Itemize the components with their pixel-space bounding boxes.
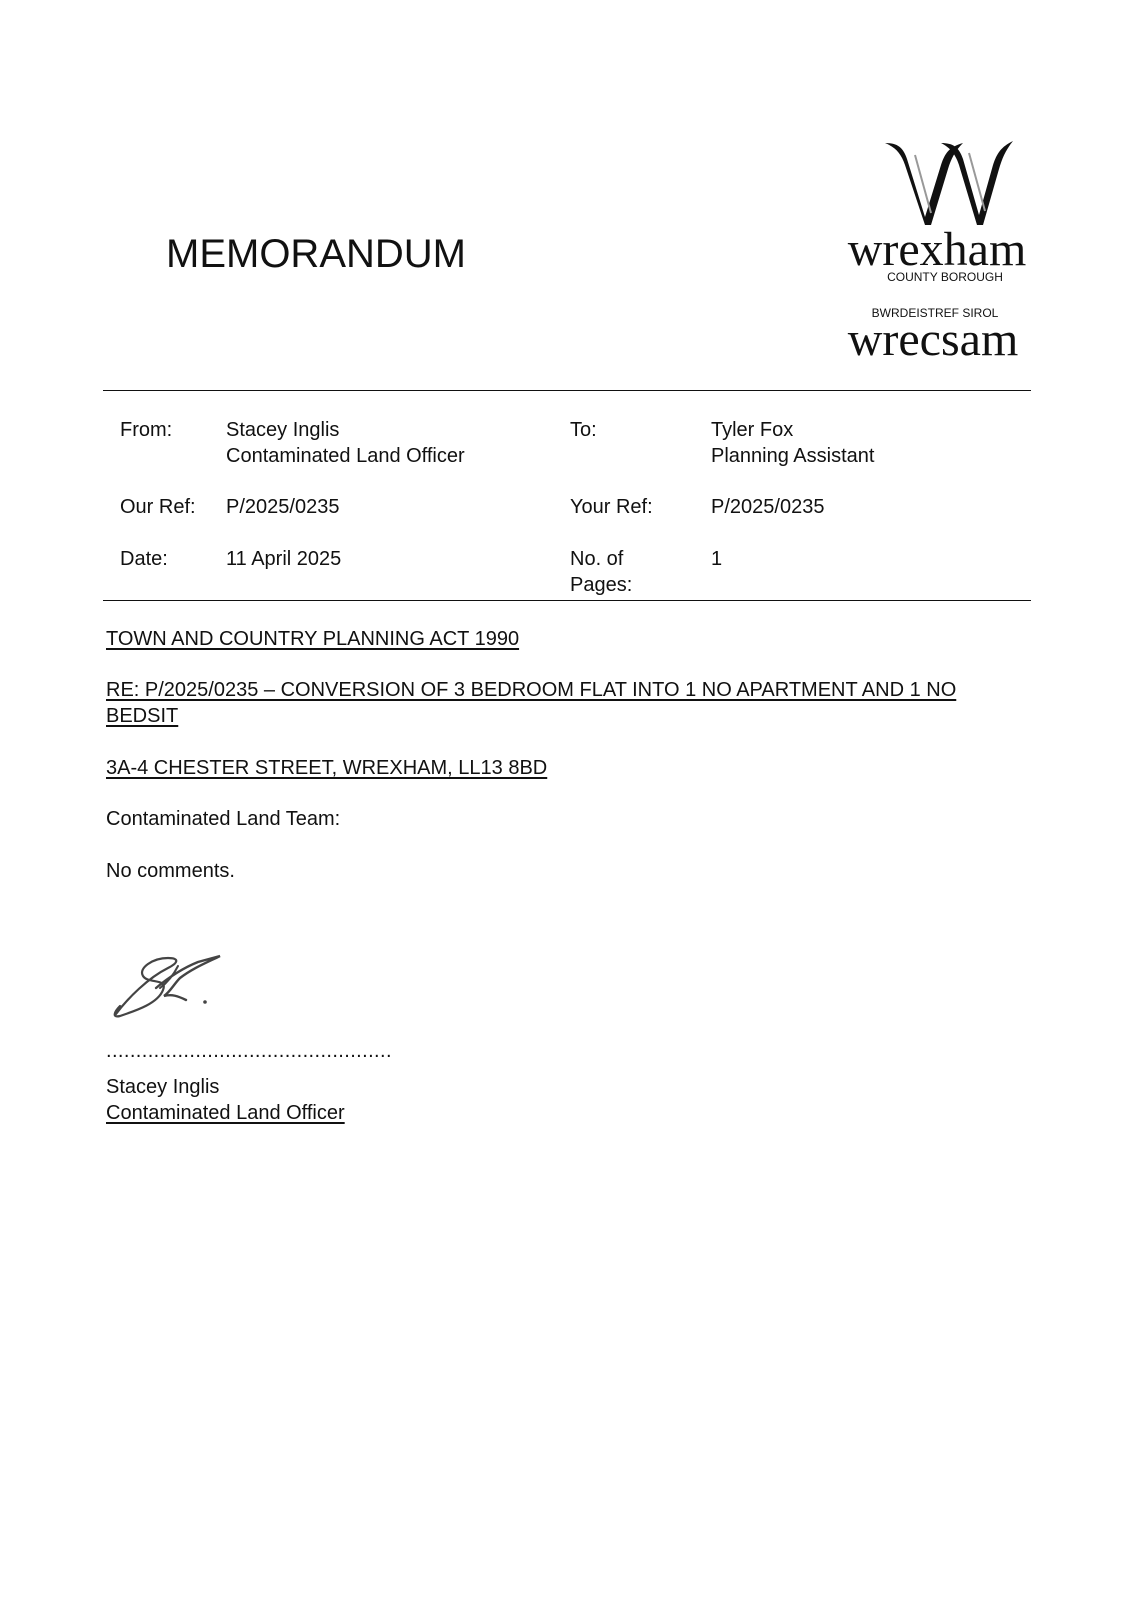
- act-heading: TOWN AND COUNTRY PLANNING ACT 1990: [106, 626, 1031, 652]
- re-heading: RE: P/2025/0235 – CONVERSION OF 3 BEDROO…: [106, 677, 1031, 729]
- to-value: Tyler Fox Planning Assistant: [711, 417, 874, 469]
- from-value: Stacey Inglis Contaminated Land Officer: [226, 417, 465, 469]
- team-label: Contaminated Land Team:: [106, 806, 1031, 832]
- pages-value: 1: [711, 546, 722, 572]
- signature-icon: [108, 948, 228, 1023]
- our-ref-value: P/2025/0235: [226, 494, 339, 520]
- wrexham-logo-icon: wrexham COUNTY BOROUGH BWRDEISTREF SIROL…: [845, 135, 1030, 360]
- comment-text: No comments.: [106, 858, 1031, 884]
- pages-label-line1: No. of: [570, 546, 632, 572]
- signature-line: ........................................…: [106, 1040, 392, 1063]
- fields-divider: [103, 600, 1031, 601]
- pages-label: No. of Pages:: [570, 546, 632, 598]
- svg-text:COUNTY BOROUGH: COUNTY BOROUGH: [887, 270, 1003, 284]
- signatory-name: Stacey Inglis: [106, 1074, 219, 1100]
- header-divider: [103, 390, 1031, 391]
- date-value: 11 April 2025: [226, 546, 341, 572]
- address-heading: 3A-4 CHESTER STREET, WREXHAM, LL13 8BD: [106, 755, 1031, 781]
- from-name: Stacey Inglis: [226, 417, 465, 443]
- your-ref-label: Your Ref:: [570, 494, 653, 520]
- signatory-role: Contaminated Land Officer: [106, 1100, 345, 1126]
- from-role: Contaminated Land Officer: [226, 443, 465, 469]
- from-label: From:: [120, 417, 172, 443]
- our-ref-label: Our Ref:: [120, 494, 196, 520]
- date-label: Date:: [120, 546, 168, 572]
- to-name: Tyler Fox: [711, 417, 874, 443]
- your-ref-value: P/2025/0235: [711, 494, 824, 520]
- svg-text:wrexham: wrexham: [848, 223, 1027, 276]
- pages-label-line2: Pages:: [570, 572, 632, 598]
- to-label: To:: [570, 417, 597, 443]
- to-role: Planning Assistant: [711, 443, 874, 469]
- svg-text:wrecsam: wrecsam: [848, 313, 1019, 360]
- memo-title: MEMORANDUM: [166, 232, 466, 277]
